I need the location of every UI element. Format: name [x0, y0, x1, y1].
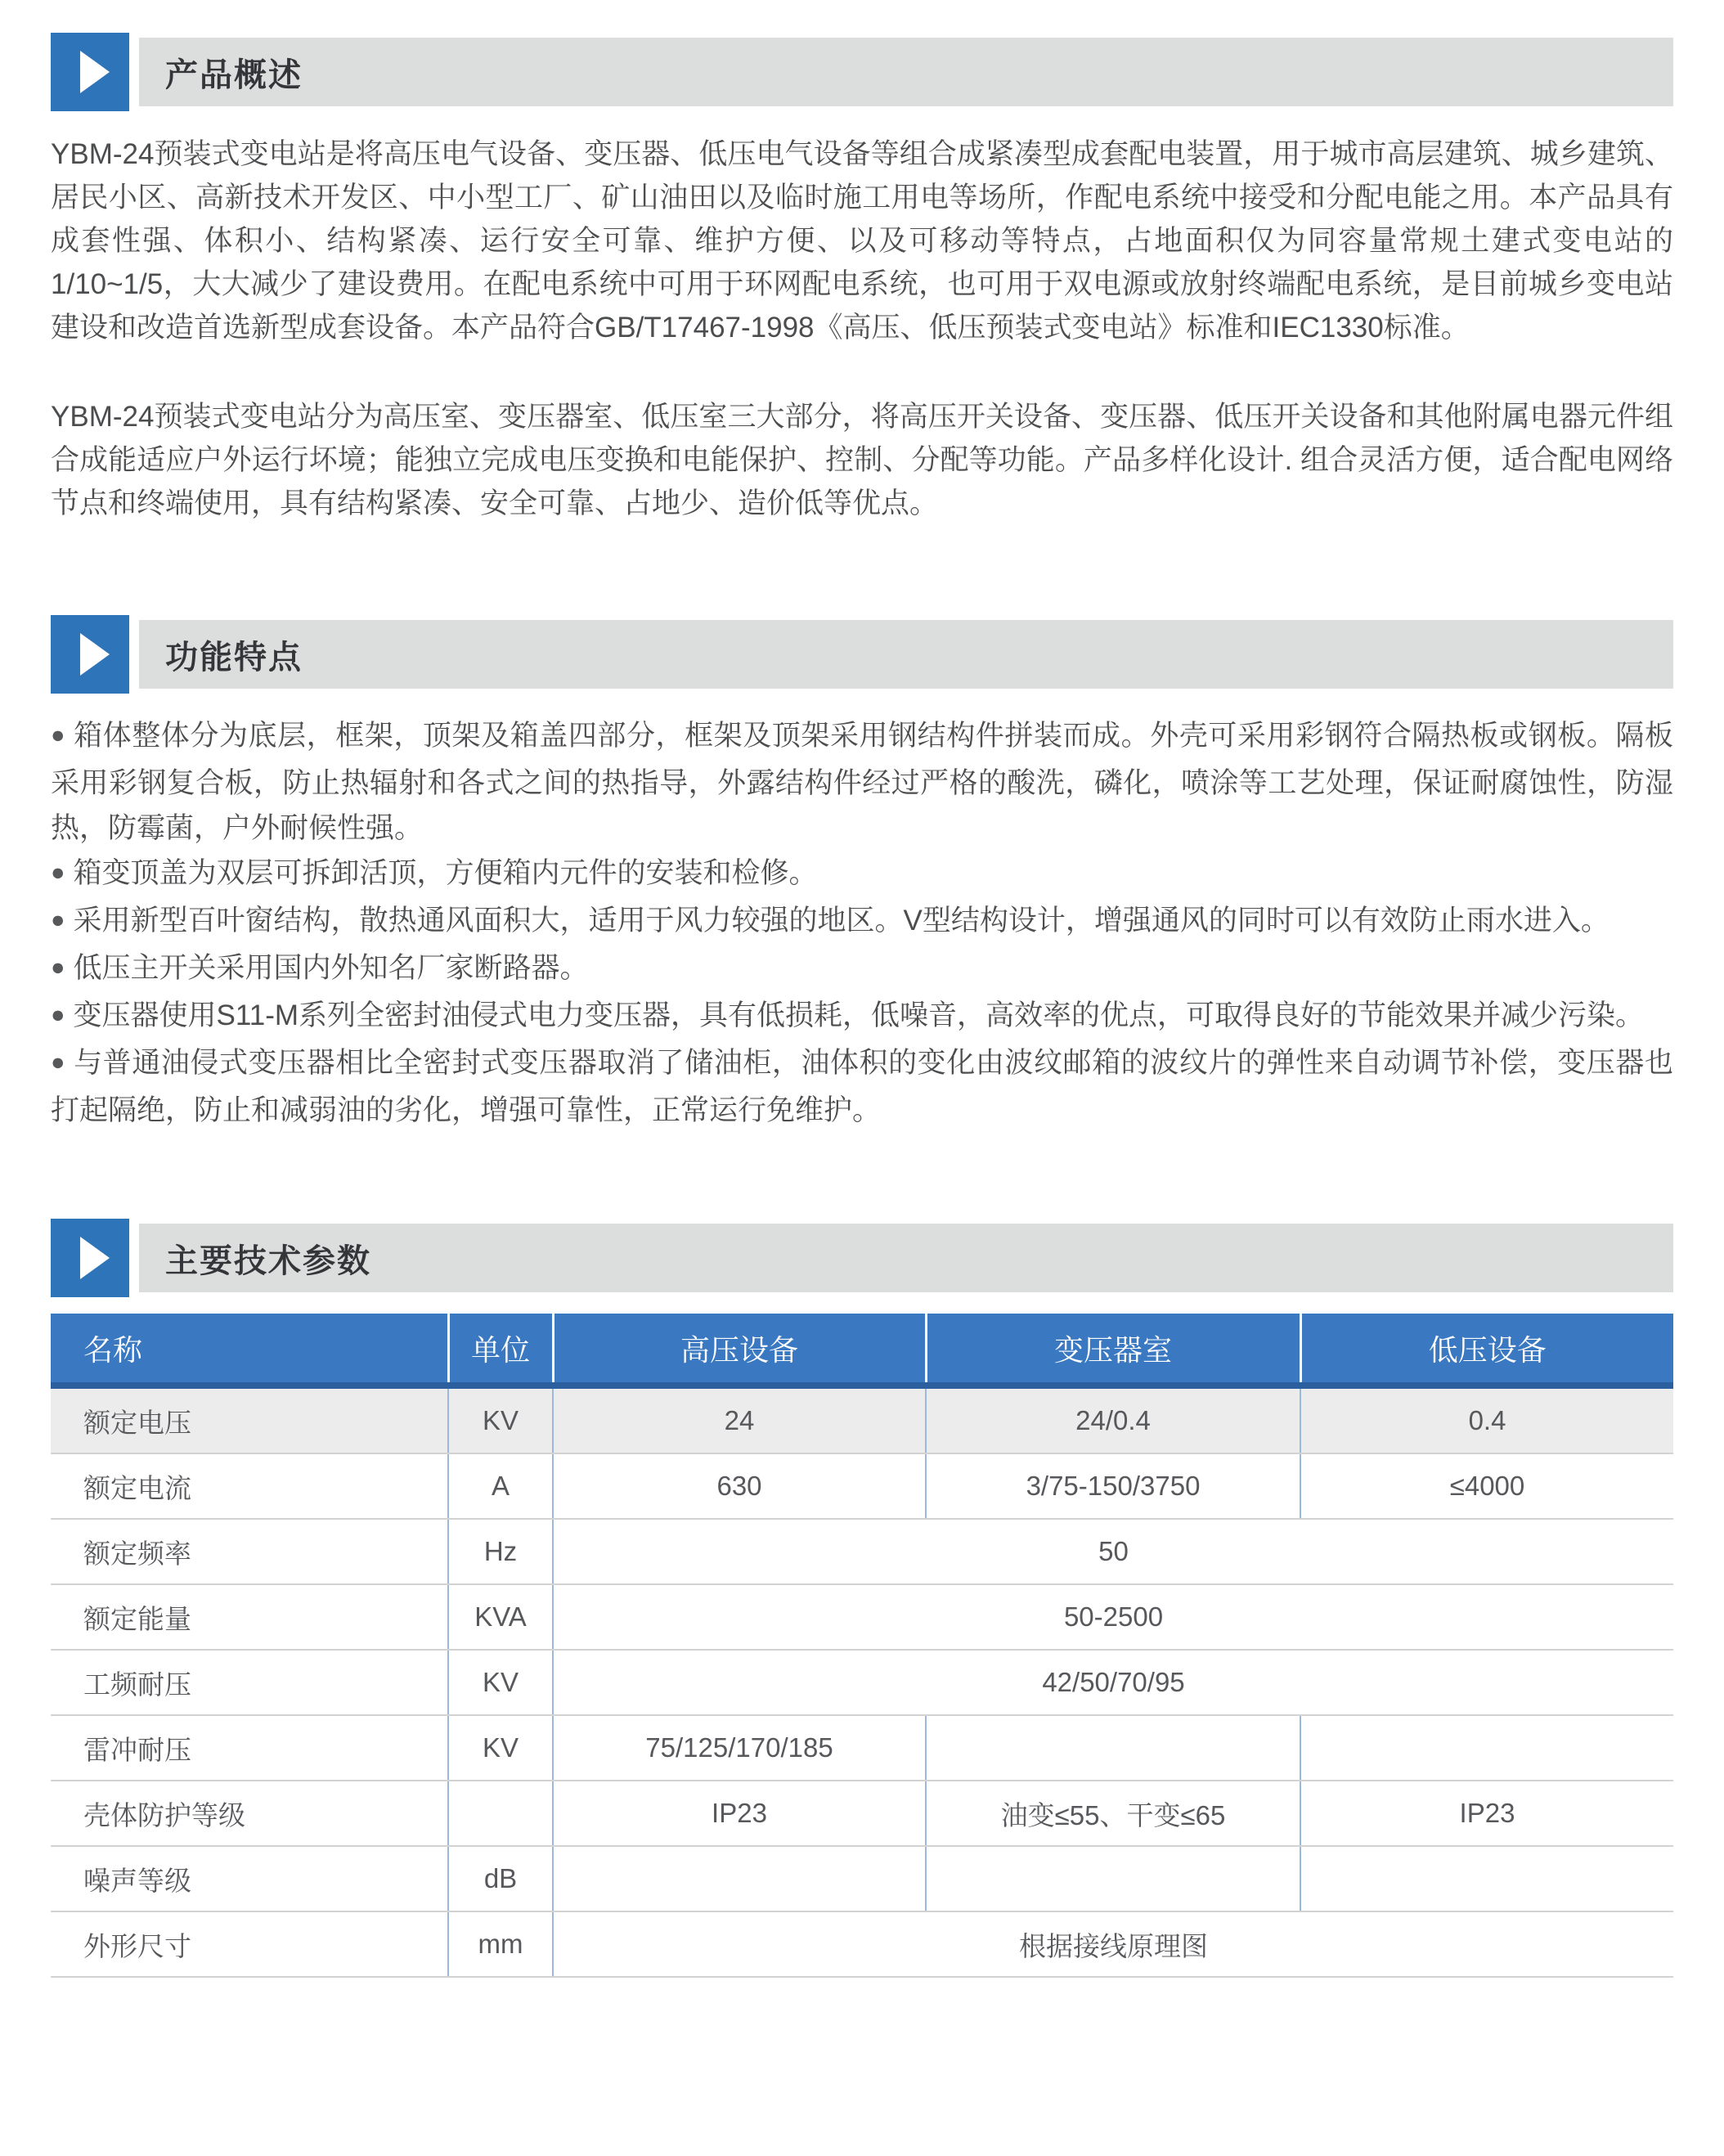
bullet-icon: ● [51, 722, 65, 748]
section-header-features: 功能特点 [51, 615, 1673, 694]
triangle-glyph [80, 51, 110, 93]
param-unit: KV [448, 1650, 553, 1715]
param-name: 额定电压 [51, 1386, 448, 1453]
param-merged-value: 50 [553, 1519, 1673, 1584]
feature-item: ●与普通油侵式变压器相比全密封式变压器取消了储油柜，油体积的变化由波纹邮箱的波纹… [51, 1040, 1673, 1133]
param-name: 壳体防护等级 [51, 1781, 448, 1846]
triangle-glyph [80, 1237, 110, 1279]
param-hv: IP23 [553, 1781, 926, 1846]
param-hv [553, 1846, 926, 1911]
overview-paragraph-1: YBM-24预装式变电站是将高压电气设备、变压器、低压电气设备等组合成紧凑型成套… [51, 133, 1673, 349]
param-merged-value: 42/50/70/95 [553, 1650, 1673, 1715]
param-transformer: 3/75-150/3750 [926, 1453, 1300, 1519]
bullet-icon: ● [51, 1002, 65, 1028]
section-header-parameters: 主要技术参数 [51, 1219, 1673, 1297]
bullet-icon: ● [51, 907, 65, 933]
section-title: 主要技术参数 [139, 1235, 371, 1282]
param-unit: A [448, 1453, 553, 1519]
param-name: 额定电流 [51, 1453, 448, 1519]
param-hv: 75/125/170/185 [553, 1715, 926, 1781]
feature-text: 与普通油侵式变压器相比全密封式变压器取消了储油柜，油体积的变化由波纹邮箱的波纹片… [51, 1047, 1673, 1126]
param-unit: dB [448, 1846, 553, 1911]
section-title-bar: 产品概述 [139, 38, 1673, 106]
param-name: 额定能量 [51, 1584, 448, 1650]
table-row: 额定电流 A 630 3/75-150/3750 ≤4000 [51, 1453, 1673, 1519]
feature-item: ●采用新型百叶窗结构，散热通风面积大，适用于风力较强的地区。V型结构设计，增强通… [51, 898, 1673, 945]
param-unit: KV [448, 1386, 553, 1453]
parameters-table: 名称 单位 高压设备 变压器室 低压设备 额定电压 KV 24 24/0.4 0… [51, 1314, 1673, 1978]
section-title: 产品概述 [139, 49, 303, 96]
table-row: 额定能量 KVA 50-2500 [51, 1584, 1673, 1650]
datasheet-page: 产品概述 YBM-24预装式变电站是将高压电气设备、变压器、低压电气设备等组合成… [0, 0, 1724, 2156]
param-lv: ≤4000 [1300, 1453, 1673, 1519]
param-hv: 630 [553, 1453, 926, 1519]
param-hv: 24 [553, 1386, 926, 1453]
param-name: 雷冲耐压 [51, 1715, 448, 1781]
feature-item: ●低压主开关采用国内外知名厂家断路器。 [51, 945, 1673, 993]
param-unit: mm [448, 1911, 553, 1977]
param-transformer [926, 1715, 1300, 1781]
play-triangle-icon [51, 1219, 129, 1297]
param-name: 工频耐压 [51, 1650, 448, 1715]
column-header-unit: 单位 [448, 1314, 553, 1386]
param-name: 噪声等级 [51, 1846, 448, 1911]
table-row: 额定电压 KV 24 24/0.4 0.4 [51, 1386, 1673, 1453]
section-title: 功能特点 [139, 631, 303, 678]
column-header-hv: 高压设备 [553, 1314, 926, 1386]
feature-text: 变压器使用S11-M系列全密封油侵式电力变压器，具有低损耗，低噪音，高效率的优点… [74, 999, 1645, 1031]
param-transformer [926, 1846, 1300, 1911]
overview-paragraph-2: YBM-24预装式变电站分为高压室、变压器室、低压室三大部分，将高压开关设备、变… [51, 395, 1673, 525]
column-header-name: 名称 [51, 1314, 448, 1386]
section-title-bar: 功能特点 [139, 620, 1673, 689]
feature-text: 低压主开关采用国内外知名厂家断路器。 [74, 952, 589, 984]
parameters-table-wrap: 名称 单位 高压设备 变压器室 低压设备 额定电压 KV 24 24/0.4 0… [51, 1314, 1673, 1978]
param-transformer: 油变≤55、干变≤65 [926, 1781, 1300, 1846]
param-lv [1300, 1846, 1673, 1911]
play-triangle-icon [51, 33, 129, 111]
param-lv: 0.4 [1300, 1386, 1673, 1453]
table-row: 工频耐压 KV 42/50/70/95 [51, 1650, 1673, 1715]
play-triangle-icon [51, 615, 129, 694]
bullet-icon: ● [51, 1049, 65, 1076]
param-merged-value: 根据接线原理图 [553, 1911, 1673, 1977]
table-row: 外形尺寸 mm 根据接线原理图 [51, 1911, 1673, 1977]
table-header-row: 名称 单位 高压设备 变压器室 低压设备 [51, 1314, 1673, 1386]
section-header-overview: 产品概述 [51, 33, 1673, 111]
param-unit: KV [448, 1715, 553, 1781]
param-transformer: 24/0.4 [926, 1386, 1300, 1453]
bullet-icon: ● [51, 954, 65, 981]
param-unit: Hz [448, 1519, 553, 1584]
feature-text: 箱变顶盖为双层可拆卸活顶，方便箱内元件的安装和检修。 [74, 857, 818, 889]
param-unit: KVA [448, 1584, 553, 1650]
feature-item: ●变压器使用S11-M系列全密封油侵式电力变压器，具有低损耗，低噪音，高效率的优… [51, 993, 1673, 1040]
column-header-lv: 低压设备 [1300, 1314, 1673, 1386]
feature-text: 采用新型百叶窗结构，散热通风面积大，适用于风力较强的地区。V型结构设计，增强通风… [74, 905, 1610, 937]
column-header-transformer: 变压器室 [926, 1314, 1300, 1386]
feature-item: ●箱体整体分为底层，框架，顶架及箱盖四部分，框架及顶架采用钢结构件拼装而成。外壳… [51, 713, 1673, 851]
feature-text: 箱体整体分为底层，框架，顶架及箱盖四部分，框架及顶架采用钢结构件拼装而成。外壳可… [51, 720, 1673, 844]
table-row: 雷冲耐压 KV 75/125/170/185 [51, 1715, 1673, 1781]
table-row: 噪声等级 dB [51, 1846, 1673, 1911]
param-name: 外形尺寸 [51, 1911, 448, 1977]
triangle-glyph [80, 633, 110, 676]
section-title-bar: 主要技术参数 [139, 1224, 1673, 1292]
features-list: ●箱体整体分为底层，框架，顶架及箱盖四部分，框架及顶架采用钢结构件拼装而成。外壳… [51, 713, 1673, 1133]
param-lv [1300, 1715, 1673, 1781]
param-merged-value: 50-2500 [553, 1584, 1673, 1650]
param-lv: IP23 [1300, 1781, 1673, 1846]
param-name: 额定频率 [51, 1519, 448, 1584]
bullet-icon: ● [51, 860, 65, 886]
table-row: 额定频率 Hz 50 [51, 1519, 1673, 1584]
table-row: 壳体防护等级 IP23 油变≤55、干变≤65 IP23 [51, 1781, 1673, 1846]
feature-item: ●箱变顶盖为双层可拆卸活顶，方便箱内元件的安装和检修。 [51, 851, 1673, 898]
param-unit [448, 1781, 553, 1846]
